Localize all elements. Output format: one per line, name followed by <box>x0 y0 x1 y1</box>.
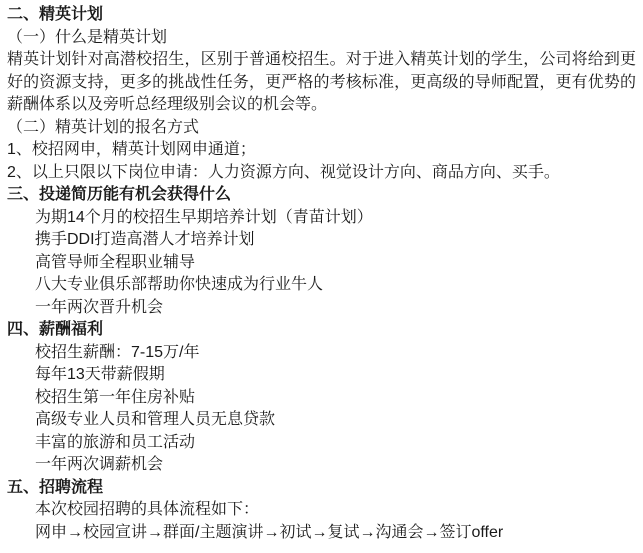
list-item: 一年两次晋升机会 <box>7 297 636 320</box>
numbered-item: 2、以上只限以下岗位申请：人力资源方向、视觉设计方向、商品方向、买手。 <box>7 162 636 185</box>
list-item: 为期14个月的校招生早期培养计划（青苗计划） <box>7 207 636 230</box>
list-item: 携手DDI打造高潜人才培养计划 <box>7 229 636 252</box>
section-5-heading: 五、招聘流程 <box>7 477 636 500</box>
section-2-subheading-2: （二）精英计划的报名方式 <box>7 117 636 140</box>
section-3-heading: 三、投递简历能有机会获得什么 <box>7 184 636 207</box>
list-item: 一年两次调薪机会 <box>7 454 636 477</box>
list-item: 高级专业人员和管理人员无息贷款 <box>7 409 636 432</box>
numbered-item: 1、校招网申，精英计划网申通道； <box>7 139 636 162</box>
list-item: 校招生薪酬：7-15万/年 <box>7 342 636 365</box>
list-item: 高管导师全程职业辅导 <box>7 252 636 275</box>
elite-plan-description: 精英计划针对高潜校招生，区别于普通校招生。对于进入精英计划的学生，公司将给到更好… <box>7 49 636 117</box>
document-body: 二、精英计划 （一）什么是精英计划 精英计划针对高潜校招生，区别于普通校招生。对… <box>0 0 643 544</box>
process-intro: 本次校园招聘的具体流程如下： <box>7 499 636 522</box>
list-item: 每年13天带薪假期 <box>7 364 636 387</box>
list-item: 丰富的旅游和员工活动 <box>7 432 636 455</box>
section-2-heading: 二、精英计划 <box>7 4 636 27</box>
list-item: 八大专业俱乐部帮助你快速成为行业牛人 <box>7 274 636 297</box>
section-2-subheading-1: （一）什么是精英计划 <box>7 27 636 50</box>
process-flow: 网申→校园宣讲→群面/主题演讲→初试→复试→沟通会→签订offer <box>7 522 636 545</box>
list-item: 校招生第一年住房补贴 <box>7 387 636 410</box>
section-4-heading: 四、薪酬福利 <box>7 319 636 342</box>
